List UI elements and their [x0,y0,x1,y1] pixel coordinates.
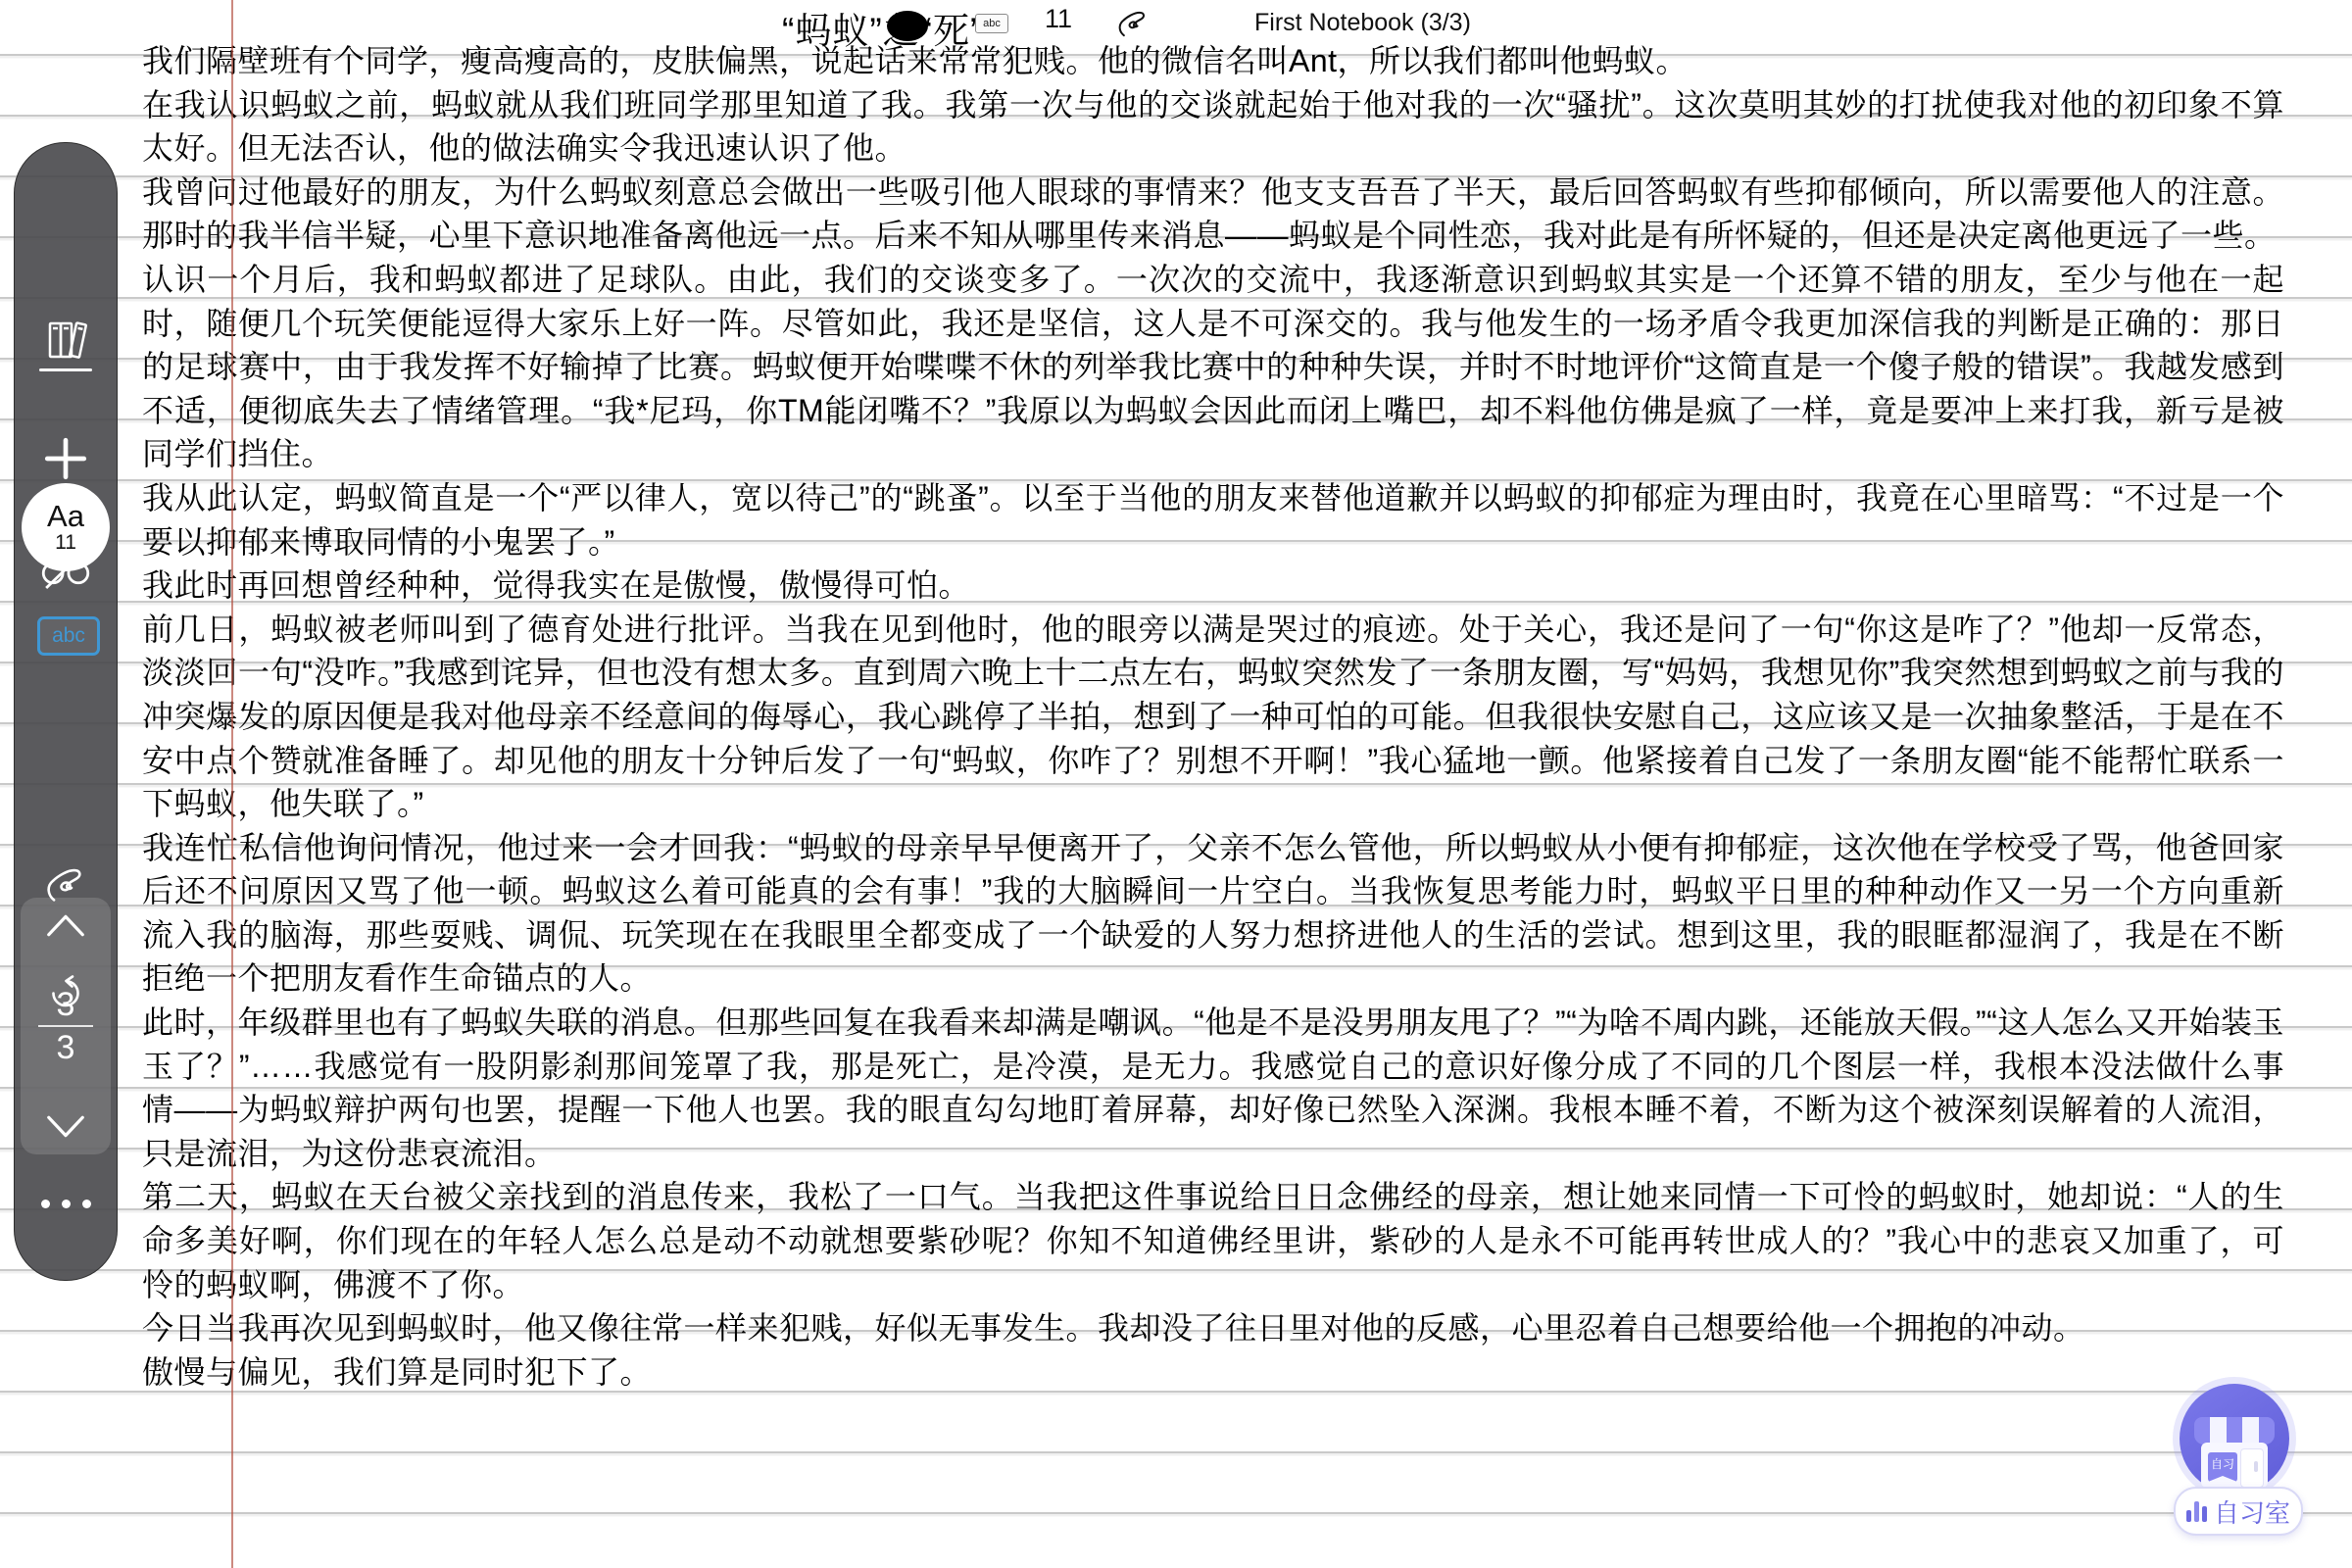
ink-dot [887,11,928,41]
study-room-button[interactable]: 自习 [2180,1384,2289,1494]
page-divider [38,1025,93,1027]
tool-sidebar: Aa 11 abc [14,142,118,1281]
paragraph: 今日当我再次见到蚂蚁时，他又像往常一样来犯贱，好似无事发生。我却没了往日里对他的… [142,1306,2284,1350]
library-active-underline [39,368,92,371]
text-mode-button[interactable]: abc [37,616,100,656]
note-title: “蚂蚁”之“死” [782,1,983,54]
abc-tool-icon[interactable]: abc [975,14,1008,33]
storefront-body: 自习 [2201,1443,2268,1488]
pen-size-label: 11 [1045,4,1072,34]
paragraph: 前几日，蚂蚁被老师叫到了德育处进行批评。当我在见到他时，他的眼旁以满是哭过的痕迹… [142,608,2284,826]
storefront-door [2240,1448,2264,1488]
paragraph: 我曾问过他最好的朋友，为什么蚂蚁刻意总会做出一些吸引他人眼球的事情来？他支支吾吾… [142,171,2284,258]
page-down-button[interactable] [40,1113,91,1141]
paragraph: 我们隔壁班有个同学，瘦高瘦高的，皮肤偏黑，说起话来常常犯贱。他的微信名叫Ant，… [142,39,2284,83]
add-page-button[interactable] [15,434,117,483]
paragraph: 我此时再回想曾经种种，觉得我实在是傲慢，傲慢得可怕。 [142,563,2284,608]
paragraph: 傲慢与偏见，我们算是同时犯下了。 [142,1350,2284,1395]
library-button[interactable] [15,318,117,371]
header: “蚂蚁”之“死” abc 11 First Notebook (3/3) [0,0,2352,45]
note-page-text: 我们隔壁班有个同学，瘦高瘦高的，皮肤偏黑，说起话来常常犯贱。他的微信名叫Ant，… [142,39,2284,1394]
more-options-button[interactable] [15,1200,117,1208]
storefront-banner: 自习 [2208,1452,2237,1482]
paragraph: 我连忙私信他询问情况，他过来一会才回我：“蚂蚁的母亲早早便离开了，父亲不怎么管他… [142,826,2284,1001]
paragraph: 第二天，蚂蚁在天台被父亲找到的消息传来，我松了一口气。当我把这件事说给日日念佛经… [142,1175,2284,1306]
study-room-label: 自习室 [2214,1494,2290,1530]
study-room-pill[interactable]: 自习室 [2174,1487,2303,1536]
paragraph: 我从此认定，蚂蚁简直是一个“严以律人，宽以待己”的“跳蚤”。以至于当他的朋友来替… [142,476,2284,563]
door-slot [2254,1461,2258,1472]
paragraph: 此时，年级群里也有了蚂蚁失联的消息。但那些回复在我看来却满是嘲讽。“他是不是没男… [142,1001,2284,1175]
page-up-button[interactable] [40,911,91,939]
ellipsis-dot [41,1200,50,1208]
ellipsis-dot [82,1200,91,1208]
page-current: 3 [57,987,75,1022]
plus-icon [41,434,90,483]
library-icon [39,318,92,365]
notebook-label: First Notebook (3/3) [1254,9,1471,37]
page-total: 3 [57,1030,75,1065]
font-button-label: Aa [47,501,84,532]
page-navigator: 3 3 [21,898,111,1154]
bar-chart-icon [2186,1500,2207,1522]
margin-line [231,0,233,1568]
font-button-size: 11 [55,532,76,554]
hand-tool-icon[interactable] [1113,2,1152,41]
paragraph: 认识一个月后，我和蚂蚁都进了足球队。由此，我们的交谈变多了。一次次的交流中，我逐… [142,258,2284,476]
font-size-button[interactable]: Aa 11 [22,483,110,571]
note-app: { "header": { "title": "“蚂蚁”之“死”", "abc_… [0,0,2352,1568]
ellipsis-dot [62,1200,71,1208]
page-indicator: 3 3 [38,987,93,1065]
storefront-awning [2194,1417,2275,1445]
paragraph: 在我认识蚂蚁之前，蚂蚁就从我们班同学那里知道了我。我第一次与他的交谈就起始于他对… [142,83,2284,171]
